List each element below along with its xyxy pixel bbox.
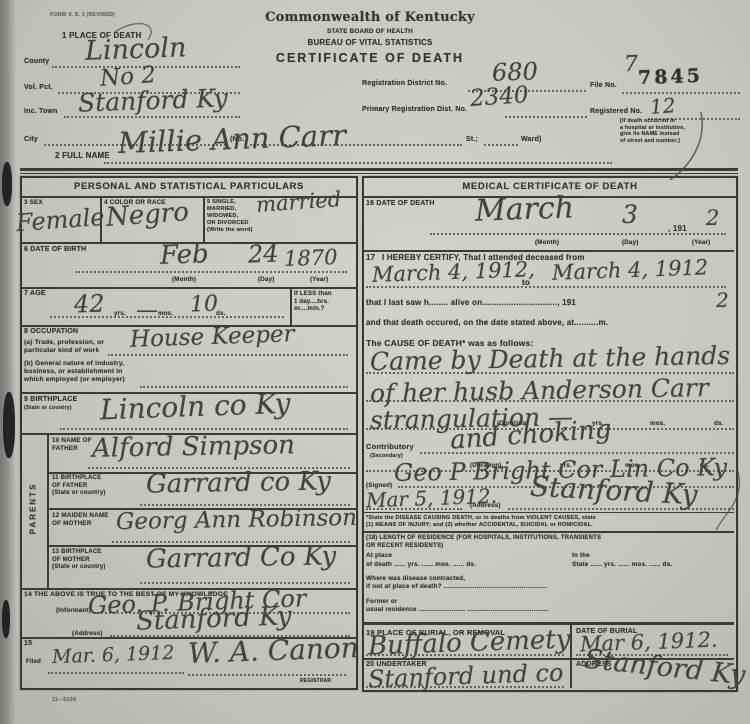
death-certificate-scan: FORM V. S. 1 (REVISED) Commonwealth of K… (0, 0, 750, 724)
pen-flourish (0, 0, 750, 724)
